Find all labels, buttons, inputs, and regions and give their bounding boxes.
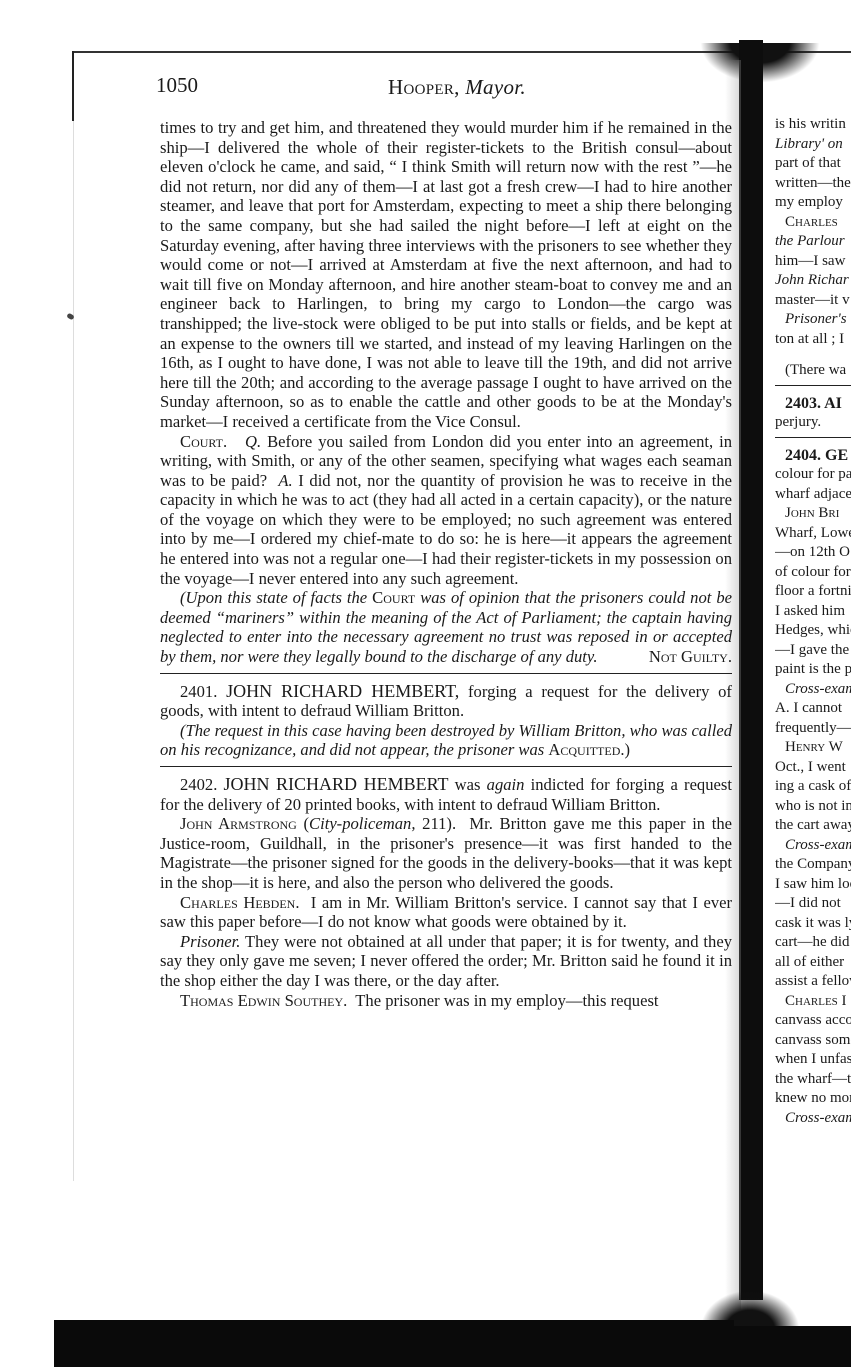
- right-line: frequently—: [775, 719, 851, 739]
- right-line: who is not in: [775, 797, 851, 817]
- right-line: wharf adjace: [775, 485, 851, 505]
- right-line: Oct., I went: [775, 758, 851, 778]
- right-divider: [775, 437, 851, 438]
- bottom-border-band: [54, 1326, 851, 1367]
- right-line: canvass accor: [775, 1011, 851, 1031]
- right-line: —I gave the: [775, 641, 851, 661]
- page-number: 1050: [156, 73, 198, 98]
- court-question-paragraph: Court. Q. Before you sailed from London …: [160, 432, 732, 589]
- right-line: the Company: [775, 855, 851, 875]
- right-line: paint is the p: [775, 660, 851, 680]
- right-line: when I unfast: [775, 1050, 851, 1070]
- opinion-court: Court: [372, 588, 415, 607]
- speaker-court: Court.: [180, 432, 227, 451]
- right-line: ton at all ; I: [775, 330, 851, 350]
- right-line: Charles I: [775, 992, 851, 1012]
- southey-testimony: Thomas Edwin Southey. The prisoner was i…: [160, 991, 732, 1011]
- verdict-acquitted: Acquitted.): [548, 740, 630, 759]
- speaker-prisoner: Prisoner.: [180, 932, 240, 951]
- right-line: written—the: [775, 174, 851, 194]
- prisoner-statement: Prisoner. They were not obtained at all …: [160, 932, 732, 991]
- right-line: Library' on: [775, 135, 851, 155]
- right-line: assist a fellow: [775, 972, 851, 992]
- right-line: colour for pa: [775, 465, 851, 485]
- witness-name: Thomas Edwin Southey.: [180, 991, 347, 1010]
- testimony-text: The prisoner was in my employ—this reque…: [355, 991, 658, 1010]
- right-line: the wharf—th: [775, 1070, 851, 1090]
- witness-role: City-policeman,: [309, 814, 415, 833]
- right-divider: [775, 385, 851, 386]
- running-head: 1050 Hooper, Mayor.: [160, 70, 738, 106]
- right-spacer: [775, 349, 851, 361]
- right-line: canvass some: [775, 1031, 851, 1051]
- statement-text: They were not obtained at all under that…: [160, 932, 732, 990]
- right-line: is his writin: [775, 115, 851, 135]
- right-line: perjury.: [775, 413, 851, 433]
- page-edge: [73, 121, 74, 1181]
- defendant-name: JOHN RICHARD HEMBERT: [224, 774, 449, 794]
- case-2401: 2401. JOHN RICHARD HEMBERT, forging a re…: [160, 682, 732, 721]
- running-title-office: Mayor.: [465, 75, 526, 99]
- witness-name: John Armstrong: [180, 814, 297, 833]
- right-line: I asked him: [775, 602, 851, 622]
- right-line: the Parlour: [775, 232, 851, 252]
- right-line: A. I cannot: [775, 699, 851, 719]
- right-line: Prisoner's: [775, 310, 851, 330]
- case-2402: 2402. JOHN RICHARD HEMBERT was again ind…: [160, 775, 732, 814]
- right-line: Henry W: [775, 738, 851, 758]
- right-line: Charles: [775, 213, 851, 233]
- right-line: master—it v: [775, 291, 851, 311]
- note-text: (The request in this case having been de…: [160, 721, 732, 760]
- left-page: 1050 Hooper, Mayor. times to try and get…: [160, 70, 738, 106]
- section-divider: [160, 673, 732, 674]
- witness-name: Charles Hebden.: [180, 893, 299, 912]
- right-line: cask it was ly: [775, 914, 851, 934]
- right-line: knew no more: [775, 1089, 851, 1109]
- case-number: 2402.: [180, 775, 217, 794]
- witness-number: 211).: [422, 814, 456, 833]
- armstrong-testimony: John Armstrong (City-policeman, 211). Mr…: [160, 814, 732, 892]
- right-line: him—I saw: [775, 252, 851, 272]
- page-body: times to try and get him, and threatened…: [160, 118, 732, 1010]
- hebden-testimony: Charles Hebden. I am in Mr. William Brit…: [160, 893, 732, 932]
- q-marker: Q.: [245, 432, 261, 451]
- right-line: —I did not: [775, 894, 851, 914]
- right-line: Cross-exam: [775, 1109, 851, 1129]
- right-line: part of that: [775, 154, 851, 174]
- case-was: was: [455, 775, 481, 794]
- right-line: (There wa: [775, 361, 851, 381]
- testimony-paragraph: times to try and get him, and threatened…: [160, 118, 732, 432]
- right-line: Cross-exam: [775, 836, 851, 856]
- right-line: John Bri: [775, 504, 851, 524]
- defendant-name: JOHN RICHARD HEMBERT,: [226, 681, 459, 701]
- right-line: 2404. GE: [775, 446, 851, 466]
- running-title: Hooper, Mayor.: [388, 75, 526, 100]
- book-gutter: [739, 40, 763, 1300]
- right-line: cart—he did: [775, 933, 851, 953]
- running-title-name: Hooper,: [388, 75, 460, 99]
- right-line: Hedges, whic: [775, 621, 851, 641]
- right-line: Wharf, Lowe: [775, 524, 851, 544]
- right-line: all of either: [775, 953, 851, 973]
- right-line: —on 12th O: [775, 543, 851, 563]
- right-line: floor a fortni: [775, 582, 851, 602]
- right-line: John Richar: [775, 271, 851, 291]
- right-page-fragment: is his writin Library' on part of that w…: [775, 115, 851, 1128]
- section-divider: [160, 766, 732, 767]
- a-marker: A.: [278, 471, 292, 490]
- right-line: of colour for: [775, 563, 851, 583]
- case-2401-note: (The request in this case having been de…: [160, 721, 732, 760]
- right-line: Cross-exam: [775, 680, 851, 700]
- page-border-left: [72, 51, 74, 121]
- right-line: the cart away: [775, 816, 851, 836]
- right-line: 2403. AI: [775, 394, 851, 414]
- right-line: I saw him loo: [775, 875, 851, 895]
- right-line: ing a cask of: [775, 777, 851, 797]
- case-again: again: [487, 775, 525, 794]
- opinion-text-start: (Upon this state of facts the: [180, 588, 367, 607]
- case-number: 2401.: [180, 682, 217, 701]
- right-line: my employ: [775, 193, 851, 213]
